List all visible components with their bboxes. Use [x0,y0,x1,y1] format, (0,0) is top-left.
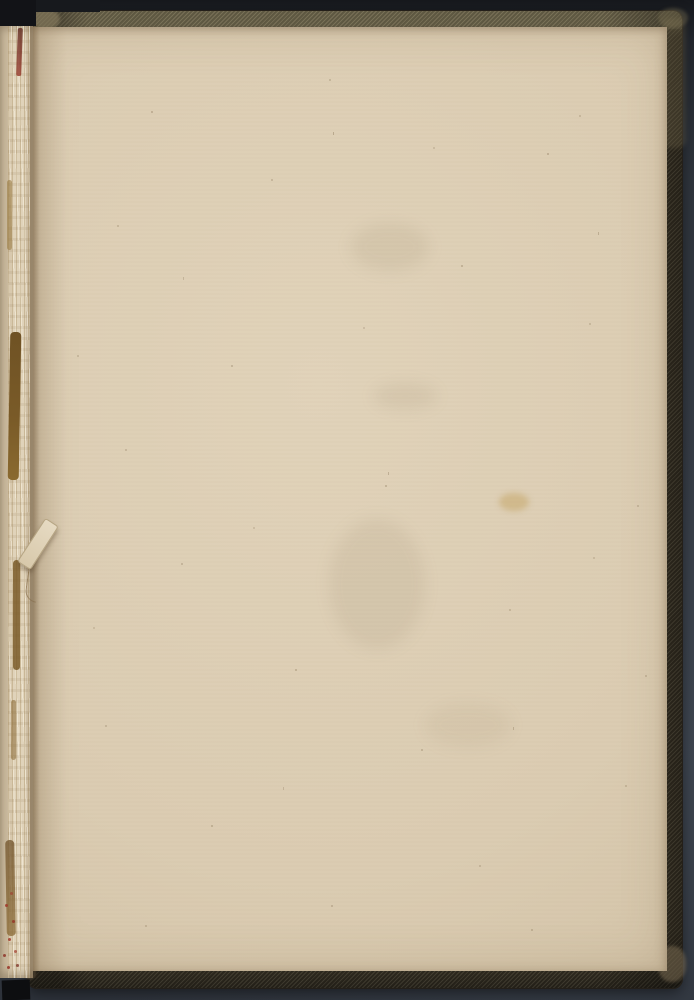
spine-tear-gap [13,560,20,670]
bottom-left-dark-notch [2,980,31,1000]
spine-tear-gap [11,700,16,760]
show-through-smudge [329,519,425,649]
gutter-shadow [30,24,40,978]
spine-tear-gap [7,180,12,250]
frayed-paper-band [8,24,30,978]
show-through-smudge [373,383,437,409]
spine-tear-gap [5,840,16,936]
photo-backdrop [0,0,694,1000]
frayed-spine-edge [0,24,33,978]
show-through-smudge [351,223,429,271]
cover-corner-wear-top-right [658,8,688,28]
show-through-smudge [425,703,511,747]
paper-speckles [33,27,667,971]
top-left-dark-notch [0,0,36,26]
blank-book-page [33,27,667,971]
page-stain [499,493,529,511]
